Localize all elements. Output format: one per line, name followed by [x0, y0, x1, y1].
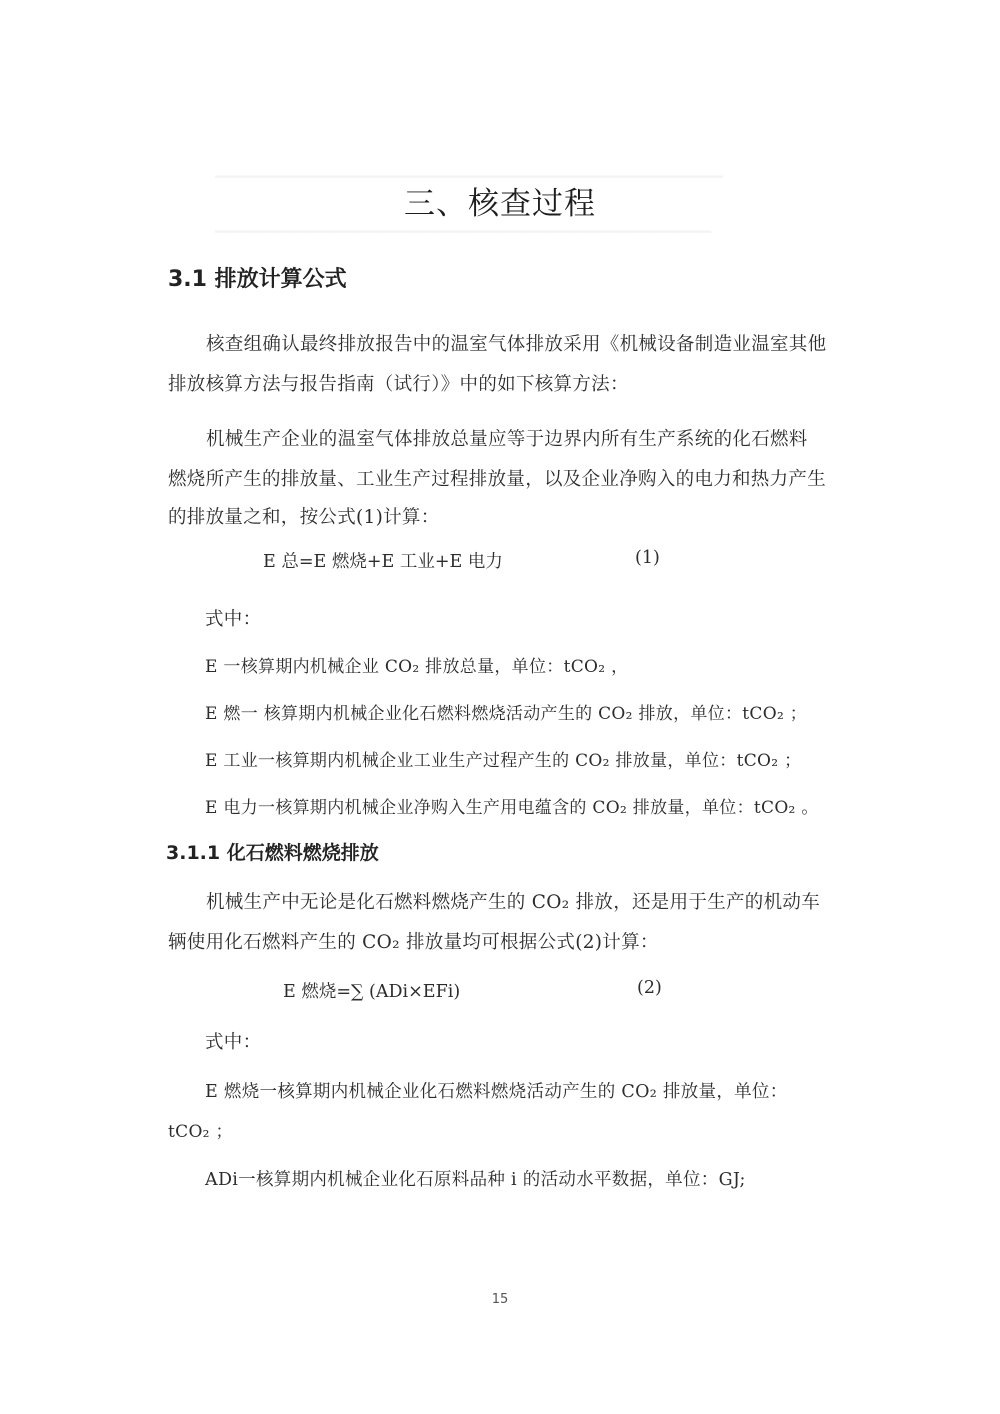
- paragraph-line: 核查组确认最终排放报告中的温室气体排放采用《机械设备制造业温室其他: [206, 330, 826, 356]
- formula-1-expression: E 总=E 燃烧+E 工业+E 电力: [263, 548, 503, 573]
- paragraph-line: 机械生产企业的温室气体排放总量应等于边界内所有生产系统的化石燃料: [206, 425, 808, 451]
- definition-adi: ADi一核算期内机械企业化石原料品种 i 的活动水平数据，单位：GJ;: [205, 1166, 746, 1191]
- document-page: ▁▁▁▁▁▁▁▁▁▁▁▁▁▁▁▁▁▁▁▁▁▁▁▁▁▁▁▁▁▁▁▁▁▁▁▁▁▁▁▁…: [0, 0, 1000, 1414]
- paragraph-line: 的排放量之和，按公式(1)计算：: [168, 503, 440, 529]
- paragraph-line: 排放核算方法与报告指南（试行）》中的如下核算方法：: [168, 370, 629, 396]
- where-label: 式中：: [205, 605, 261, 631]
- paragraph-line: 机械生产中无论是化石燃料燃烧产生的 CO₂ 排放，还是用于生产的机动车: [206, 888, 820, 914]
- formula-2-number: (2): [637, 978, 662, 998]
- definition-e-total: E 一核算期内机械企业 CO₂ 排放总量，单位：tCO₂ ，: [205, 652, 628, 677]
- definition-e-electricity: E 电力一核算期内机械企业净购入生产用电蕴含的 CO₂ 排放量，单位：tCO₂ …: [205, 793, 819, 818]
- formula-1-number: (1): [635, 548, 660, 568]
- paragraph-line: 辆使用化石燃料产生的 CO₂ 排放量均可根据公式(2)计算：: [168, 928, 659, 954]
- scan-bleed-through: ▁▁▁▁▁▁▁▁▁▁▁▁▁▁▁▁▁▁▁▁▁▁▁▁▁▁▁▁▁▁▁▁▁▁▁▁▁▁▁▁…: [215, 160, 723, 178]
- definition-e-fuel: E 燃一 核算期内机械企业化石燃料燃烧活动产生的 CO₂ 排放，单位：tCO₂ …: [205, 699, 807, 724]
- chapter-title: 三、核查过程: [0, 178, 1000, 223]
- page-number: 15: [0, 1292, 1000, 1307]
- definition-e-industry: E 工业一核算期内机械企业工业生产过程产生的 CO₂ 排放量，单位：tCO₂ ；: [205, 746, 801, 771]
- where-label: 式中：: [205, 1028, 261, 1054]
- formula-2-expression: E 燃烧=∑ (ADi×EFi): [283, 978, 460, 1003]
- definition-e-combustion-unit: tCO₂ ；: [168, 1117, 233, 1142]
- section-heading-3-1-1: 3.1.1 化石燃料燃烧排放: [166, 838, 379, 865]
- paragraph-line: 燃烧所产生的排放量、工业生产过程排放量，以及企业净购入的电力和热力产生: [168, 465, 826, 491]
- definition-e-combustion: E 燃烧一核算期内机械企业化石燃料燃烧活动产生的 CO₂ 排放量，单位：: [205, 1078, 788, 1103]
- section-heading-3-1: 3.1 排放计算公式: [168, 262, 347, 293]
